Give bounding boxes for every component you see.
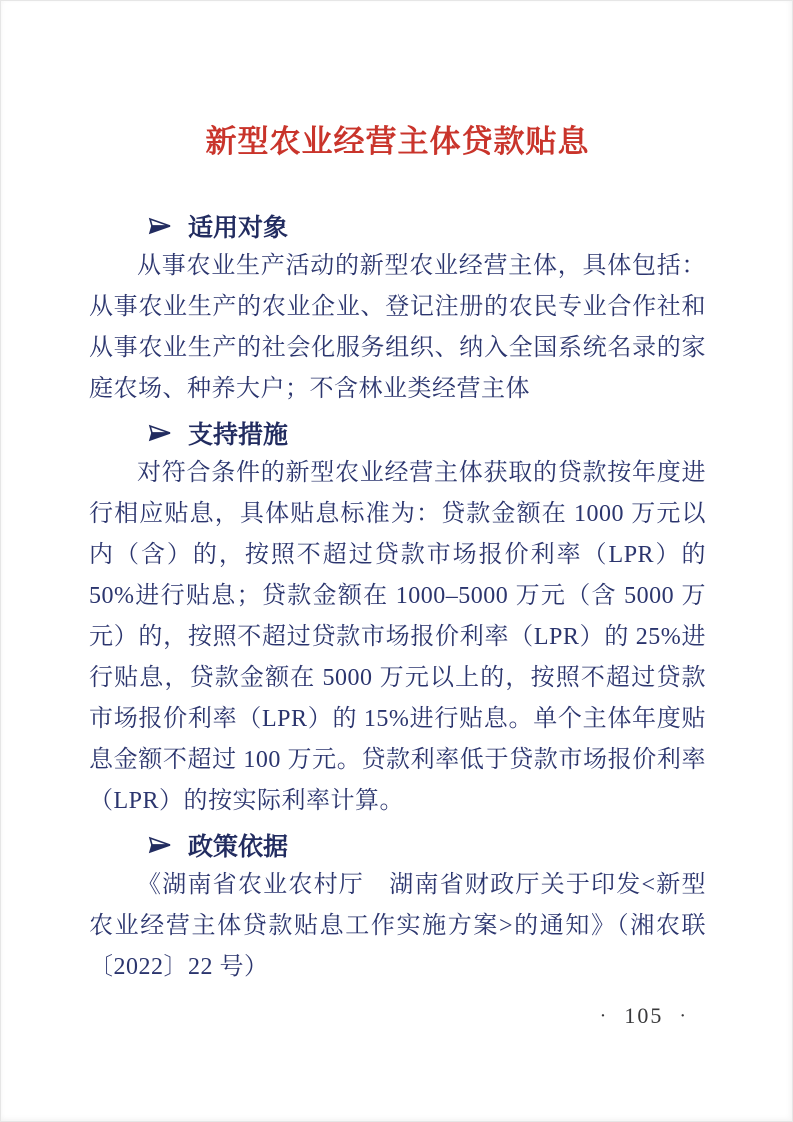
arrowhead-right-bullet-icon: [147, 423, 173, 443]
arrowhead-right-bullet-icon: [147, 216, 173, 236]
section-paragraph: 《湖南省农业农村厅 湖南省财政厅关于印发<新型农业经营主体贷款贴息工作实施方案>…: [89, 865, 706, 988]
document-title: 新型农业经营主体贷款贴息: [89, 119, 706, 165]
page-number-right-dot: ·: [679, 1005, 688, 1028]
arrowhead-right-bullet-icon: [147, 835, 173, 855]
section-paragraph: 对符合条件的新型农业经营主体获取的贷款按年度进行相应贴息，具体贴息标准为：贷款金…: [89, 453, 706, 822]
section-heading-support-measures: 支持措施: [89, 412, 706, 453]
page-number: · 105 ·: [600, 1003, 688, 1029]
section-paragraph: 从事农业生产活动的新型农业经营主体，具体包括：从事农业生产的农业企业、登记注册的…: [89, 246, 706, 410]
section-heading-label: 支持措施: [188, 415, 288, 451]
document-page: 新型农业经营主体贷款贴息 适用对象 从事农业生产活动的新型农业经营主体，具体包括…: [0, 0, 793, 1122]
page-number-value: 105: [624, 1003, 663, 1029]
section-heading-applicable-targets: 适用对象: [89, 205, 706, 246]
page-content: 新型农业经营主体贷款贴息 适用对象 从事农业生产活动的新型农业经营主体，具体包括…: [89, 1, 706, 988]
page-number-left-dot: ·: [600, 1005, 609, 1028]
section-heading-label: 政策依据: [188, 827, 288, 863]
section-heading-label: 适用对象: [188, 208, 288, 244]
section-heading-policy-basis: 政策依据: [89, 824, 706, 865]
